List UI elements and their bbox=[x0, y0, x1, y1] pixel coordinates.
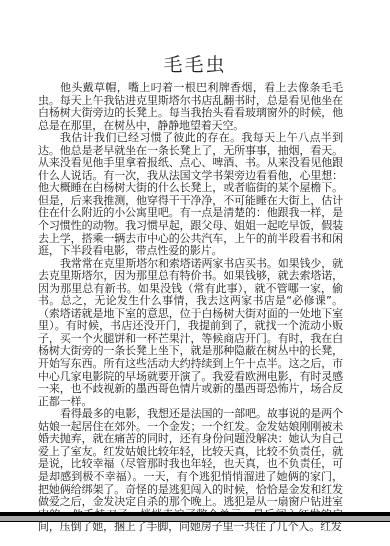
document-body: 他头戴草帽，嘴上叼着一根巴利牌香烟，看上去像条毛毛虫。每天上午我钻进克里斯塔尔书… bbox=[38, 82, 343, 534]
paragraph: 我估计我们已经习惯了彼此的存在。我每天上午八点半到达。他总是老早就坐在一条长凳上… bbox=[38, 132, 343, 257]
page-separator-thin bbox=[0, 521, 390, 522]
paragraph: 我常常在克里斯塔尔和索塔诺两家书店买书。如果钱少，就去克里斯塔尔，因为那里总有特… bbox=[38, 258, 343, 409]
paragraph: 他头戴草帽，嘴上叼着一根巴利牌香烟，看上去像条毛毛虫。每天上午我钻进克里斯塔尔书… bbox=[38, 82, 343, 132]
document-title: 毛毛虫 bbox=[0, 50, 390, 77]
document-page: 毛毛虫 他头戴草帽，嘴上叼着一根巴利牌香烟，看上去像条毛毛虫。每天上午我钻进克里… bbox=[0, 0, 390, 546]
